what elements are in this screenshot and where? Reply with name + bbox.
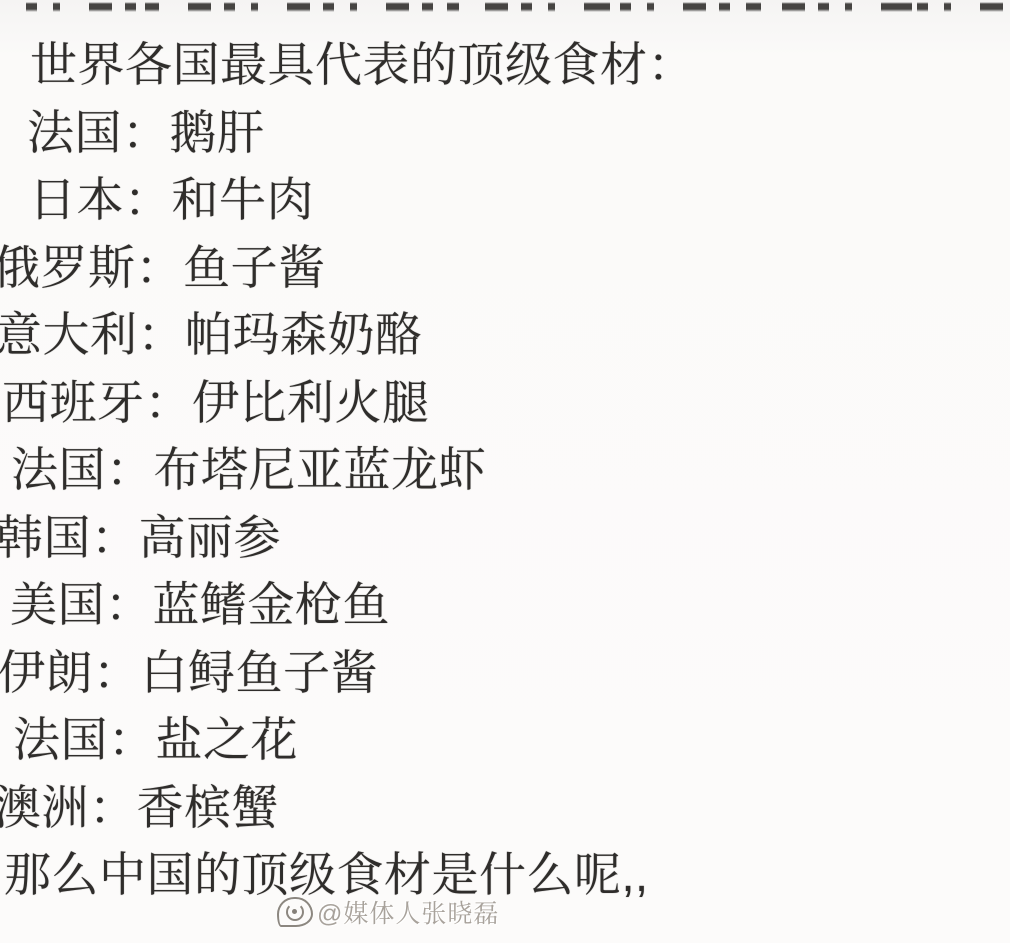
food-name: 鱼子酱 (183, 241, 326, 294)
colon-separator: ： (89, 781, 137, 834)
colon-separator: ： (145, 376, 193, 429)
list-item: 美国：蓝鳍金枪鱼 (10, 571, 1010, 639)
food-name: 帕玛森奶酪 (185, 308, 423, 361)
country-name: 韩国 (0, 511, 91, 564)
food-name: 蓝鳍金枪鱼 (153, 578, 391, 631)
country-name: 美国 (10, 578, 105, 631)
food-name: 布塔尼亚蓝龙虾 (154, 443, 487, 496)
colon-separator: ： (124, 173, 172, 226)
watermark: @媒体人张晓磊 (277, 894, 499, 930)
list-item: 俄罗斯：鱼子酱 (0, 234, 1010, 302)
food-name: 白鲟鱼子酱 (141, 646, 379, 699)
colon-separator: ： (105, 578, 153, 631)
country-name: 法国 (13, 713, 108, 766)
colon-separator: ： (108, 713, 156, 766)
country-name: 法国 (27, 106, 122, 159)
country-name: 日本 (29, 173, 124, 226)
food-name: 鹅肝 (170, 106, 265, 159)
weibo-eye-icon (277, 897, 313, 927)
list-item: 韩国：高丽参 (0, 504, 1010, 572)
country-name: 意大利 (0, 308, 138, 361)
food-name: 盐之花 (156, 713, 299, 766)
food-name: 伊比利火腿 (192, 376, 430, 429)
colon-separator: ： (106, 443, 154, 496)
country-name: 伊朗 (0, 646, 93, 699)
list-item: 日本：和牛肉 (29, 166, 1010, 234)
list-item: 法国：布塔尼亚蓝龙虾 (11, 436, 1010, 504)
document-body: 世界各国最具代表的顶级食材： 法国：鹅肝 日本：和牛肉 俄罗斯：鱼子酱 意大利：… (0, 31, 1010, 909)
colon-separator: ： (122, 106, 170, 159)
colon-separator: ： (91, 511, 139, 564)
country-name: 法国 (11, 443, 106, 496)
colon-separator: ： (136, 241, 184, 294)
colon-separator: ： (93, 646, 141, 699)
country-name: 澳洲 (0, 781, 89, 834)
page-title: 世界各国最具代表的顶级食材： (30, 31, 1010, 99)
list-item: 伊朗：白鲟鱼子酱 (0, 639, 1010, 707)
food-name: 香槟蟹 (137, 781, 280, 834)
clipped-text-line-fragments (26, 0, 1006, 13)
colon-separator: ： (138, 308, 186, 361)
closing-line: 那么中国的顶级食材是什么呢,, (4, 841, 1010, 909)
list-item: 澳洲：香槟蟹 (0, 774, 1010, 842)
food-list: 法国：鹅肝 日本：和牛肉 俄罗斯：鱼子酱 意大利：帕玛森奶酪 西班牙：伊比利火腿… (0, 99, 1010, 842)
food-name: 高丽参 (139, 511, 282, 564)
country-name: 西班牙 (2, 376, 145, 429)
list-item: 意大利：帕玛森奶酪 (0, 301, 1010, 369)
watermark-handle: @媒体人张晓磊 (317, 894, 499, 930)
country-name: 俄罗斯 (0, 241, 136, 294)
food-name: 和牛肉 (172, 173, 315, 226)
list-item: 法国：盐之花 (13, 706, 1010, 774)
list-item: 西班牙：伊比利火腿 (2, 369, 1010, 437)
photographed-text-page: 世界各国最具代表的顶级食材： 法国：鹅肝 日本：和牛肉 俄罗斯：鱼子酱 意大利：… (0, 0, 1010, 943)
list-item: 法国：鹅肝 (27, 99, 1010, 167)
